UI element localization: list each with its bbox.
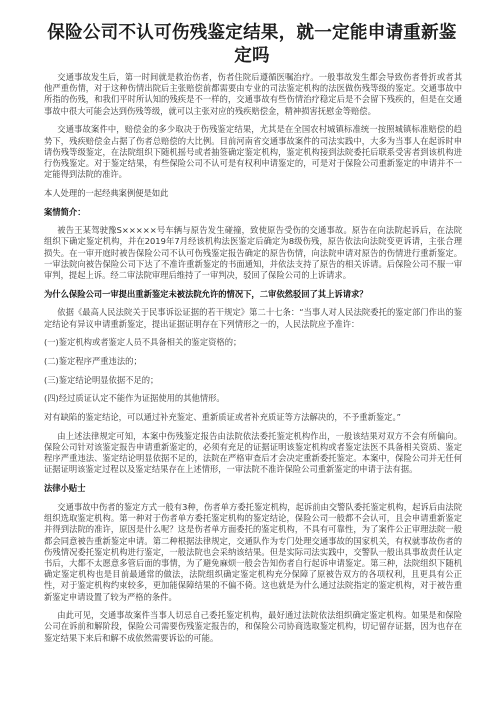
paragraph-case-lead: 本人处理的一起经典案例便是如此: [44, 188, 462, 199]
paragraph-compensation: 交通事故案件中，赔偿金的多少取决于伤残鉴定结果，尤其是在全国农村城镇标准统一按照…: [44, 124, 462, 180]
heading-legal-tips: 法律小贴士: [44, 483, 462, 494]
list-item-2: (二)鉴定程序严重违法的；: [44, 356, 462, 367]
article-body: 交通事故发生后，第一时间就是救治伤者，伤者住院后遵循医嘱治疗。一般事故发生都会导…: [44, 72, 462, 651]
paragraph-intro: 交通事故发生后，第一时间就是救治伤者，伤者住院后遵循医嘱治疗。一般事故发生都会导…: [44, 72, 462, 117]
list-item-4: (四)经过质证认定不能作为证据使用的其他情形。: [44, 393, 462, 404]
heading-question: 为什么保险公司一审提出重新鉴定未被法院允许的情况下，二审依然驳回了其上诉请求？: [44, 289, 462, 300]
paragraph-conclusion: 由此可见，交通事故案件当事人切忌自己委托鉴定机构，最好通过法院依法组织确定鉴定机…: [44, 610, 462, 644]
list-item-3: (三)鉴定结论明显依据不足的；: [44, 375, 462, 386]
page-title: 保险公司不认可伤残鉴定结果，就一定能申请重新鉴定吗: [40, 22, 464, 68]
paragraph-case-details: 被告王某驾驶豫S×××××号车辆与原告发生碰撞，致使原告受伤的交通事故。原告在向…: [44, 225, 462, 281]
list-item-1: (一)鉴定机构或者鉴定人员不具备相关的鉴定资格的；: [44, 337, 462, 348]
paragraph-tips: 交通事故中伤者的鉴定方式一般有3种，伤者单方委托鉴定机构，起诉前由交警队委托鉴定…: [44, 502, 462, 603]
paragraph-legal-basis: 依据《最高人民法院关于民事诉讼证据的若干规定》第二十七条：“当事人对人民法院委托…: [44, 307, 462, 329]
paragraph-legal-tail: 对有缺陷的鉴定结论，可以通过补充鉴定、重新质证或者补充质证等方法解决的，不予重新…: [44, 412, 462, 423]
paragraph-analysis: 由上述法律规定可知，本案中伤残鉴定报告由法院依法委托鉴定机构作出，一般该结果对双…: [44, 431, 462, 476]
heading-case-summary: 案情简介：: [44, 207, 462, 218]
